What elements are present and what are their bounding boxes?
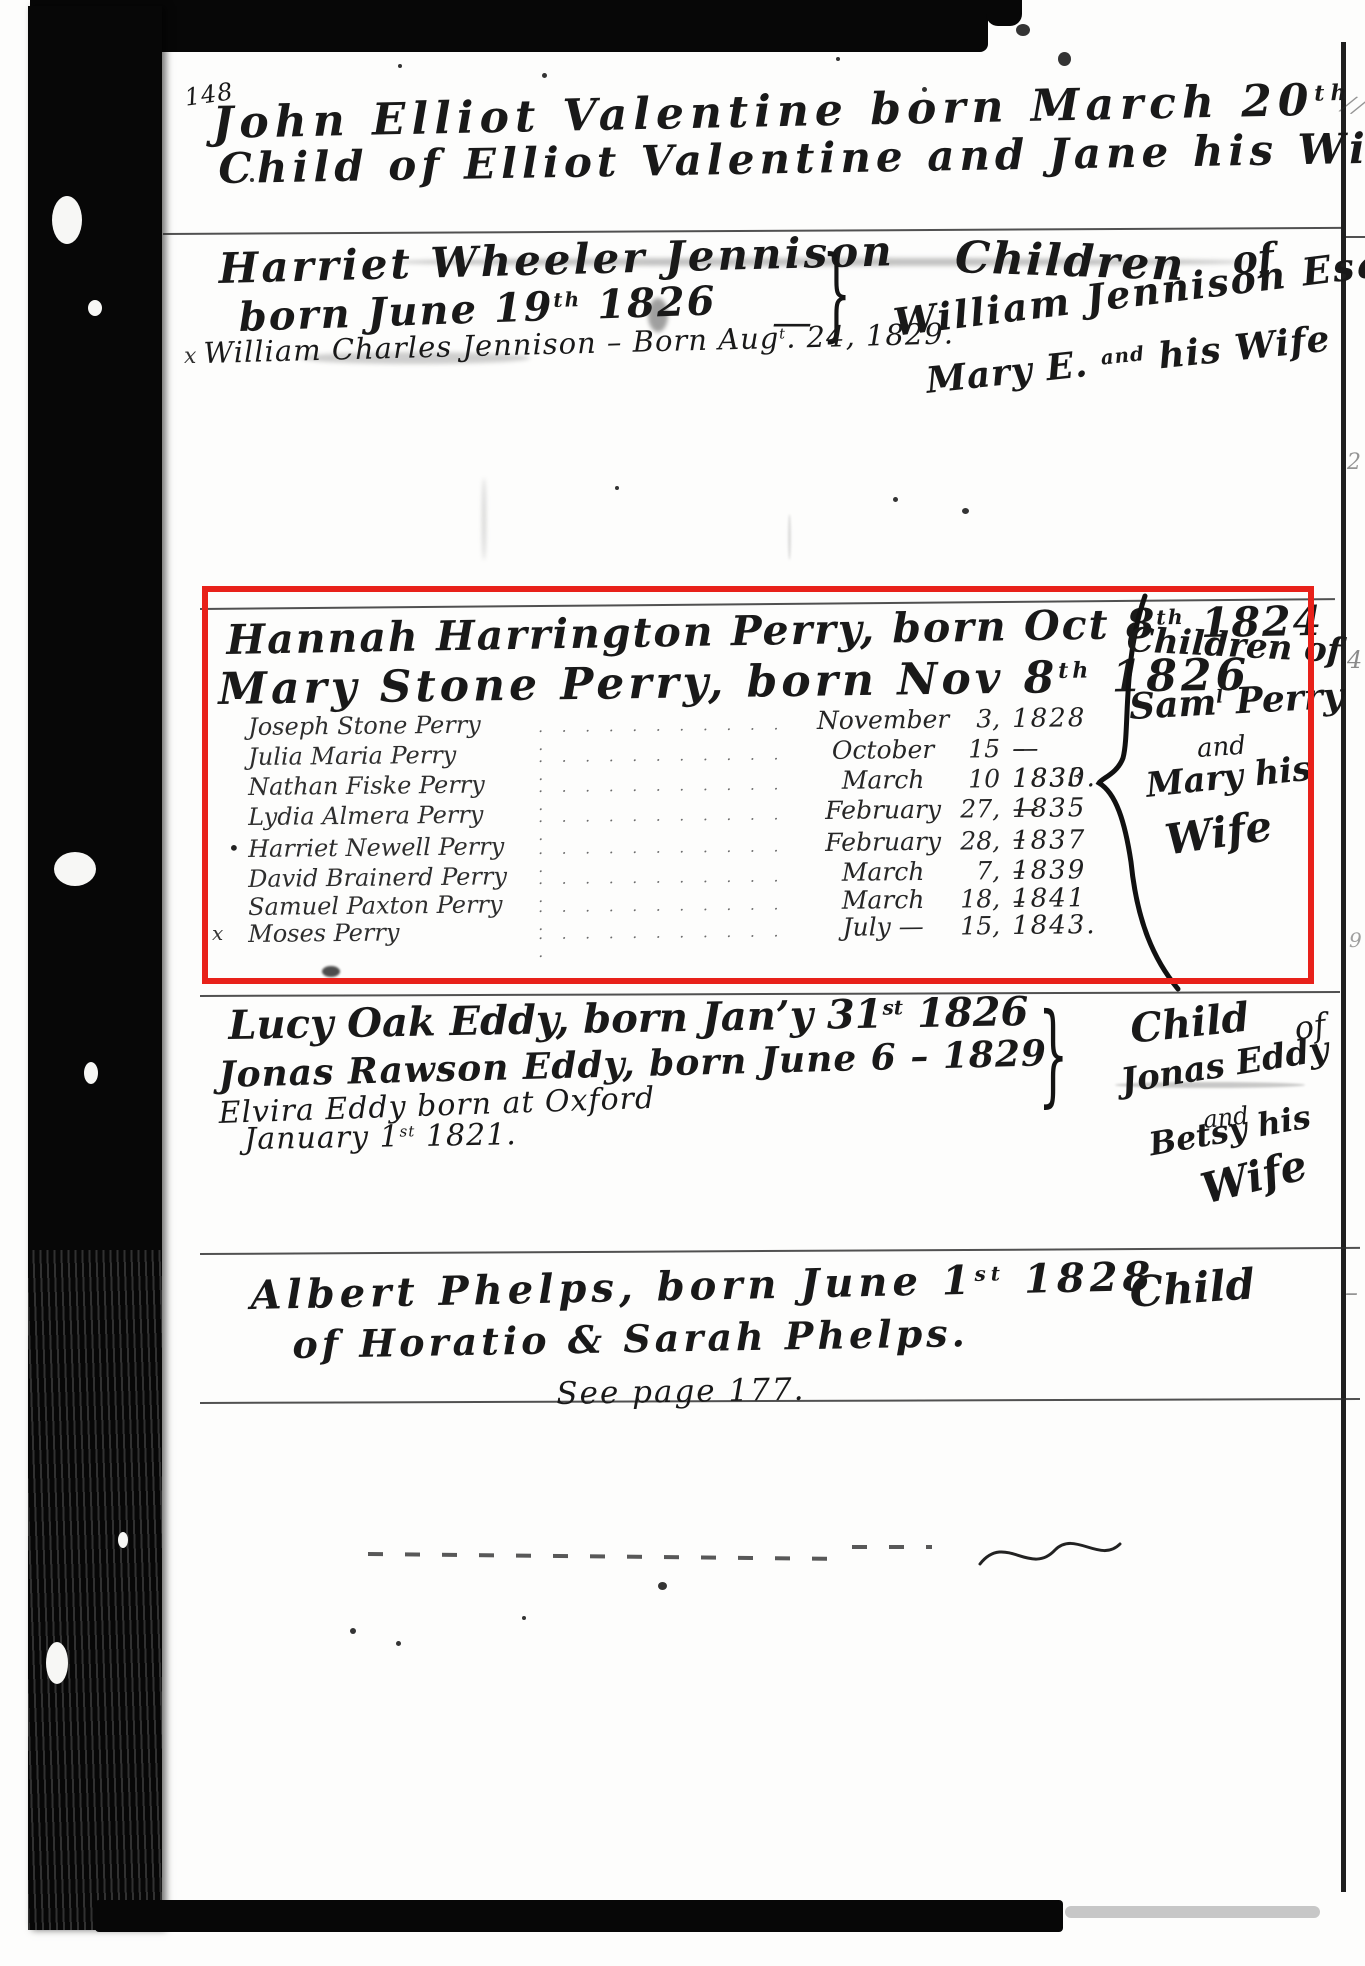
- ink-speck: [615, 486, 619, 490]
- edge-fragment: 9: [1349, 928, 1362, 952]
- binding-highlight: [118, 1532, 128, 1548]
- binding-highlight: [84, 1062, 98, 1084]
- stray-squiggle: [975, 1522, 1125, 1582]
- binding-highlight: [52, 196, 82, 244]
- binding-top-blob: [986, 0, 1022, 26]
- binding-bottom-band: [95, 1900, 1063, 1932]
- binding-top-band: [30, 0, 988, 52]
- binding-highlight: [46, 1642, 68, 1684]
- scan-streak: [788, 514, 791, 560]
- edge-fragment: 4: [1347, 646, 1362, 674]
- section-rule-stub: [1346, 236, 1365, 238]
- ink-speck: [962, 508, 969, 514]
- binding-bottom-fade: [1065, 1906, 1320, 1918]
- stray-dashed-line: [368, 1552, 838, 1561]
- entry-phelps-line2: of Horatio & Sarah Phelps.: [292, 1310, 969, 1367]
- ink-speck: [658, 1582, 667, 1590]
- entry-phelps-line1: Albert Phelps, born June 1st 1828: [250, 1253, 1156, 1319]
- jennison-x-mark: x: [184, 344, 196, 369]
- edge-fragment: 2: [1347, 450, 1361, 475]
- highlight-annotation-box: [202, 586, 1314, 984]
- entry-eddy-line4: January 1st 1821.: [244, 1117, 517, 1157]
- section-rule: [200, 1247, 1360, 1255]
- ink-speck: [836, 57, 840, 61]
- scanned-ledger-page: 148 John Elliot Valentine born March 20t…: [0, 0, 1365, 1966]
- ink-speck: [398, 64, 402, 68]
- binding-highlight: [54, 852, 96, 886]
- edge-fragment: –: [1345, 1278, 1358, 1308]
- ink-speck: [542, 73, 547, 78]
- stray-dashed-line: [852, 1545, 932, 1549]
- binding-highlight: [88, 300, 102, 316]
- phelps-margin-child: Child: [1128, 1259, 1256, 1317]
- ink-speck: [350, 1628, 356, 1634]
- entry-phelps-line3: See page 177.: [556, 1372, 806, 1412]
- scan-streak: [482, 478, 486, 560]
- ink-speck: [1016, 24, 1030, 36]
- ink-speck: [396, 1641, 401, 1646]
- ink-speck: [522, 1616, 526, 1620]
- binding-texture: [28, 1250, 162, 1930]
- facing-page-edge-line: [1341, 42, 1346, 1892]
- ink-speck: [1058, 52, 1071, 66]
- ink-speck: [893, 497, 898, 502]
